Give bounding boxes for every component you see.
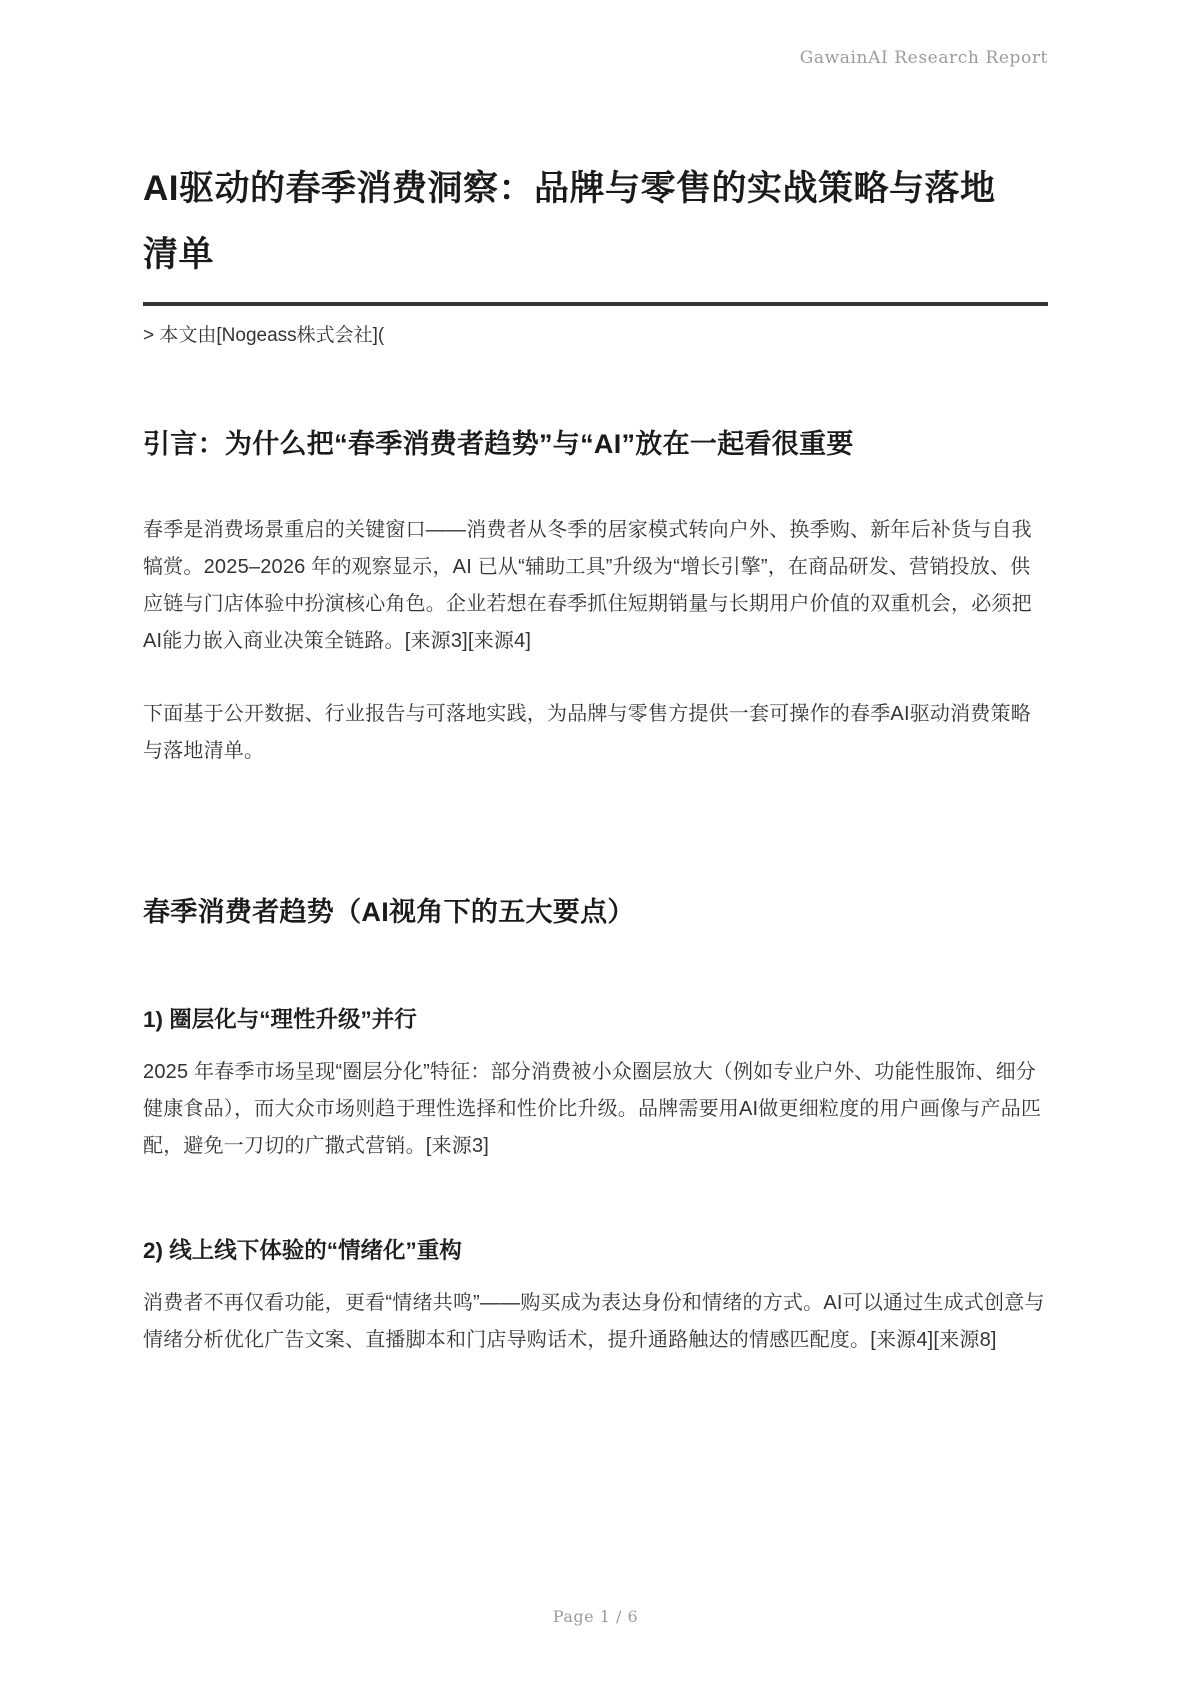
intro-paragraph-2: 下面基于公开数据、行业报告与可落地实践，为品牌与零售方提供一套可操作的春季AI驱… xyxy=(143,696,1048,770)
point-1-paragraph: 2025 年春季市场呈现“圈层分化”特征：部分消费被小众圈层放大（例如专业户外、… xyxy=(143,1054,1048,1165)
section-heading-intro: 引言：为什么把“春季消费者趋势”与“AI”放在一起看很重要 xyxy=(143,424,1048,464)
section-heading-trends: 春季消费者趋势（AI视角下的五大要点） xyxy=(143,892,1048,932)
point-2-paragraph: 消费者不再仅看功能，更看“情绪共鸣”——购买成为表达身份和情绪的方式。AI可以通… xyxy=(143,1285,1048,1359)
subsection-heading-point-2: 2) 线上线下体验的“情绪化”重构 xyxy=(143,1235,1048,1267)
title-divider xyxy=(143,302,1048,306)
page-number: Page 1 / 6 xyxy=(553,1607,638,1626)
report-header-text: GawainAI Research Report xyxy=(800,48,1048,68)
document-title: AI驱动的春季消费洞察：品牌与零售的实战策略与落地清单 xyxy=(143,156,1005,288)
subsection-heading-point-1: 1) 圈层化与“理性升级”并行 xyxy=(143,1004,1048,1036)
document-page: GawainAI Research Report AI驱动的春季消费洞察：品牌与… xyxy=(0,0,1191,1684)
byline-text: > 本文由[Nogeass株式会社]( xyxy=(143,322,1048,350)
document-content: AI驱动的春季消费洞察：品牌与零售的实战策略与落地清单 > 本文由[Nogeas… xyxy=(143,156,1048,1359)
report-header: GawainAI Research Report xyxy=(143,0,1048,68)
intro-paragraph-1: 春季是消费场景重启的关键窗口——消费者从冬季的居家模式转向户外、换季购、新年后补… xyxy=(143,512,1048,660)
page-footer: Page 1 / 6 xyxy=(0,1607,1191,1626)
